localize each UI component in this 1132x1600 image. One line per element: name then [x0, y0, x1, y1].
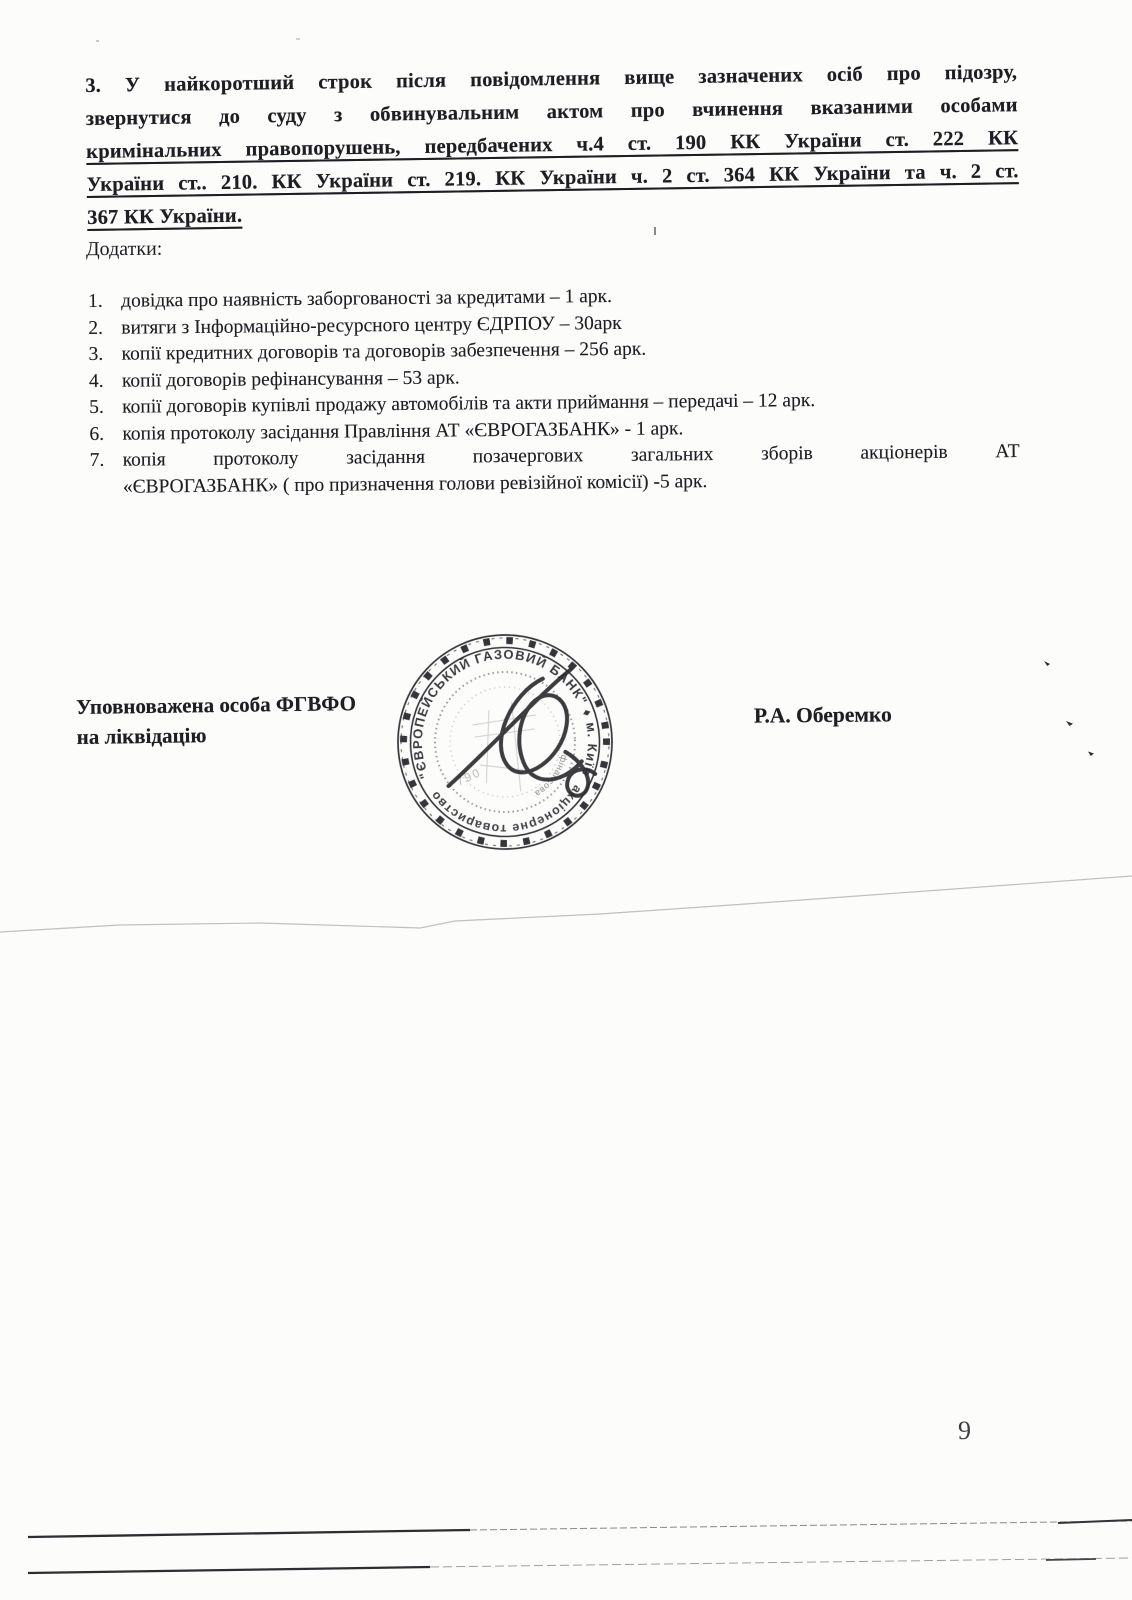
signatory-role-line: Уповноважена особа ФГВФО — [76, 688, 356, 722]
list-item-number: 7. — [90, 448, 123, 475]
list-item: 7. копія протоколу засідання позачергови… — [90, 439, 1020, 501]
signatory-role: Уповноважена особа ФГВФО на ліквідацію — [76, 688, 357, 752]
signatory-name: Р.А. Оберемко — [754, 702, 892, 728]
list-item-number: 6. — [89, 421, 122, 448]
attachments-list: 1. довідка про наявність заборгованості … — [88, 280, 1020, 501]
seal-ring-text-top: "ЄВРОПЕЙСЬКИЙ ГАЗОВИЙ БАНК" ♦ м. Київ ♦ … — [391, 628, 601, 786]
ink-speck — [296, 38, 300, 40]
ink-speck — [654, 227, 656, 235]
scanner-line — [28, 1530, 470, 1537]
ink-speck — [1066, 721, 1073, 726]
list-item-number: 2. — [88, 315, 121, 342]
bank-seal-stamp: "ЄВРОПЕЙСЬКИЙ ГАЗОВИЙ БАНК" ♦ м. Київ ♦ … — [391, 628, 619, 856]
svg-text:акціонерне товариство: акціонерне товариство — [427, 782, 586, 838]
paper-crease-line — [0, 876, 1132, 932]
page-number: 9 — [958, 1416, 971, 1446]
seal-inner-noise — [472, 701, 539, 793]
list-item-number: 4. — [89, 368, 122, 395]
scanned-document-page: 3. У найкоротший строк після повідомленн… — [0, 0, 1132, 1600]
scanner-line — [28, 1567, 430, 1573]
seal-ring-text-bottom: акціонерне товариство — [427, 782, 586, 838]
ink-speck — [1044, 661, 1050, 666]
ink-speck — [1088, 751, 1094, 756]
signatory-role-line: на ліквідацію — [76, 718, 356, 752]
svg-text:"ЄВРОПЕЙСЬКИЙ ГАЗОВИЙ БАНК" ♦: "ЄВРОПЕЙСЬКИЙ ГАЗОВИЙ БАНК" ♦ м. Київ ♦ … — [391, 628, 601, 786]
list-item-number: 1. — [88, 289, 121, 316]
list-item-number: 5. — [89, 395, 122, 422]
attachments-heading: Додатки: — [86, 238, 162, 262]
ink-speck — [96, 40, 99, 42]
list-item-number: 3. — [89, 342, 122, 369]
paragraph-3: 3. У найкоротший строк після повідомленн… — [85, 56, 1019, 235]
